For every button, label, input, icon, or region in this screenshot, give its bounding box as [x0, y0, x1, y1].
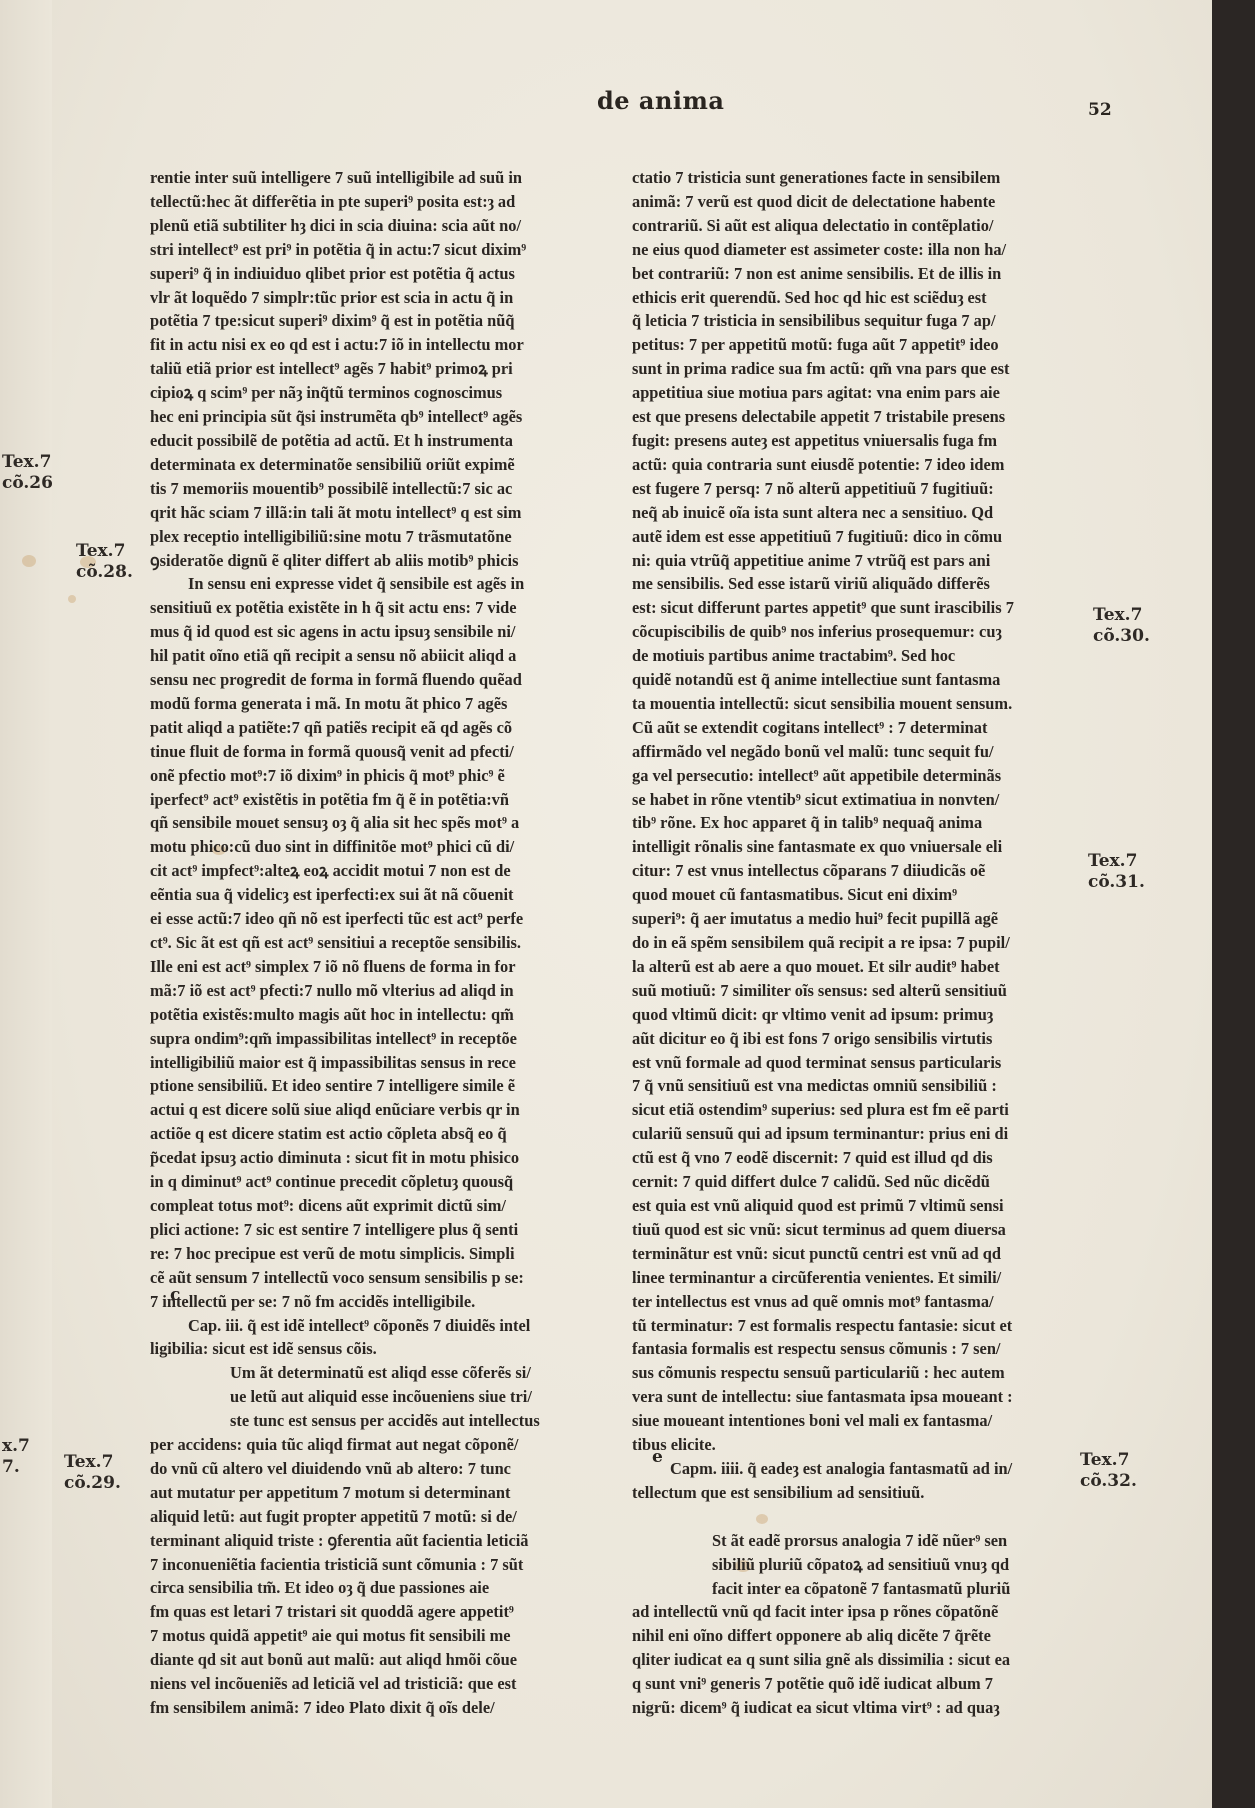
paragraph-c: Um ãt determinatũ est aliqd esse cõferẽs…: [150, 1361, 620, 1720]
text-line: tinue fluit de forma in formã quousq̃ ve…: [150, 740, 620, 764]
text-line: tũ terminatur: 7 est formalis respectu f…: [632, 1314, 1082, 1338]
text-line: in q diminut⁹ act⁹ continue precedit cõp…: [150, 1170, 620, 1194]
text-line: ta mouentia intellectũ: sicut sensibilia…: [632, 692, 1082, 716]
text-line: ctũ est q̃ vno 7 eodẽ discernit: 7 quid …: [632, 1146, 1082, 1170]
text-line: est quia est vnũ aliquid quod est primũ …: [632, 1194, 1082, 1218]
text-line: qrit hãc sciam 7 illã:in tali ãt motu in…: [150, 501, 620, 525]
text-line: ei esse actũ:7 ideo qñ nõ est iperfecti …: [150, 907, 620, 931]
text-line: facit inter ea cõpatonẽ 7 fantasmatũ plu…: [632, 1577, 1082, 1601]
text-line: intelligit rõnalis sine fantasmate ex qu…: [632, 835, 1082, 859]
previous-page-edge: Tex.7 cõ.26. x.7 7.: [0, 0, 53, 1808]
text-line: ligibilia: sicut est idẽ sensus cõis.: [150, 1337, 620, 1361]
text-line: quod mouet cũ fantasmatibus. Sicut eni d…: [632, 883, 1082, 907]
text-line: actũ: quia contraria sunt eiusdẽ potenti…: [632, 453, 1082, 477]
marginal-note-tex-30: Tex.7 cõ.30.: [1093, 605, 1150, 647]
chapter-heading-iii: Cap. iii. q̃ est idẽ intellect⁹ cõponẽs …: [150, 1314, 620, 1362]
text-line: stri intellect⁹ est pri⁹ in potẽtia q̃ i…: [150, 238, 620, 262]
text-line: qñ sensibile mouet sensuȝ oȝ q̃ alia sit…: [150, 811, 620, 835]
text-line: superi⁹ q̃ in indiuiduo qlibet prior est…: [150, 262, 620, 286]
text-line: In sensu eni expresse videt q̃ sensibile…: [150, 572, 620, 596]
text-line: per accidens: quia tũc aliqd firmat aut …: [150, 1433, 620, 1457]
text-line: tellectũ:hec ãt differẽtia in pte superi…: [150, 190, 620, 214]
text-line: 7 q̃ vnũ sensitiuũ est vna medictas omni…: [632, 1074, 1082, 1098]
text-line: autẽ idem est esse appetitiuũ 7 fugitiuũ…: [632, 525, 1082, 549]
text-line: ne eius quod diameter est assimeter cost…: [632, 238, 1082, 262]
text-line: Ille eni est act⁹ simplex 7 iõ nõ fluens…: [150, 955, 620, 979]
marginal-note-tex-32: Tex.7 cõ.32.: [1080, 1450, 1137, 1492]
text-line: ste tunc est sensus per accidẽs aut inte…: [150, 1409, 620, 1433]
text-line: est que presens delectabile appetit 7 tr…: [632, 405, 1082, 429]
text-line: taliũ etiã prior est intellect⁹ agẽs 7 h…: [150, 357, 620, 381]
text-line: iperfect⁹ act⁹ existẽtis in potẽtia fm q…: [150, 788, 620, 812]
text-line: tibus elicite.: [632, 1433, 1082, 1457]
text-line: ethicis erit querendũ. Sed hoc qd hic es…: [632, 286, 1082, 310]
foxing-stain: [22, 555, 36, 567]
right-text-column: ctatio 7 tristicia sunt generationes fac…: [632, 166, 1082, 1720]
text-line: supra ondim⁹:qm̃ impassibilitas intellec…: [150, 1027, 620, 1051]
text-line: sensitiuũ ex potẽtia existẽte in h q̃ si…: [150, 596, 620, 620]
text-line: 7 inconueniẽtia facientia tristiciã sunt…: [150, 1553, 620, 1577]
text-line: niens vel incõueniẽs ad leticiã vel ad t…: [150, 1672, 620, 1696]
text-line: Capm. iiii. q̃ eadeȝ est analogia fantas…: [632, 1457, 1082, 1481]
text-line: affirmãdo vel negãdo bonũ vel malũ: tunc…: [632, 740, 1082, 764]
paragraph-a: rentie inter suũ intelligere 7 suũ intel…: [150, 166, 620, 572]
text-line: cit act⁹ impfect⁹:alteꝝ eoꝝ accidit motu…: [150, 859, 620, 883]
text-line: vera sunt de intellectu: siue fantasmata…: [632, 1385, 1082, 1409]
text-line: hec eni principia sũt q̃si instrumẽta qb…: [150, 405, 620, 429]
text-line: tiuũ quod est sic vnũ: sicut terminus ad…: [632, 1218, 1082, 1242]
text-line: diante qd sit aut bonũ aut malũ: aut ali…: [150, 1648, 620, 1672]
text-line: fantasia formalis est respectu sensus cõ…: [632, 1337, 1082, 1361]
text-line: Cap. iii. q̃ est idẽ intellect⁹ cõponẽs …: [150, 1314, 620, 1338]
text-line: St ãt eadẽ prorsus analogia 7 idẽ nũer⁹ …: [632, 1529, 1082, 1553]
foxing-stain: [68, 595, 76, 603]
text-line: superi⁹: q̃ aer imutatus a medio hui⁹ fe…: [632, 907, 1082, 931]
text-line: onẽ pfectio mot⁹:7 iõ dixim⁹ in phicis q…: [150, 764, 620, 788]
text-line: ct⁹. Sic ãt est qñ est act⁹ sensitiui a …: [150, 931, 620, 955]
text-line: compleat totus mot⁹: dicens aũt exprimit…: [150, 1194, 620, 1218]
text-line: ter intellectus est vnus ad quẽ omnis mo…: [632, 1290, 1082, 1314]
text-line: ptione sensibiliũ. Et ideo sentire 7 int…: [150, 1074, 620, 1098]
text-line: suũ motiuũ: 7 similiter oĩs sensus: sed …: [632, 979, 1082, 1003]
text-line: cẽ aũt sensum 7 intellectũ voco sensum s…: [150, 1266, 620, 1290]
text-line: potẽtia existẽs:multo magis aũt hoc in i…: [150, 1003, 620, 1027]
text-line: est vnũ formale ad quod terminat sensus …: [632, 1051, 1082, 1075]
text-line: tellectum que est sensibilium ad sensiti…: [632, 1481, 1082, 1505]
text-line: bet contrariũ: 7 non est anime sensibili…: [632, 262, 1082, 286]
text-line: modũ forma generata i mã. In motu ãt phi…: [150, 692, 620, 716]
text-line: motu phico:cũ duo sint in diffinitõe mot…: [150, 835, 620, 859]
text-line: nigrũ: dicem⁹ q̃ iudicat ea sicut vltima…: [632, 1696, 1082, 1720]
text-line: neq̃ ab inuicẽ oĩa ista sunt altera nec …: [632, 501, 1082, 525]
text-line: plenũ etiã subtiliter hȝ dici in scia di…: [150, 214, 620, 238]
text-line: ctatio 7 tristicia sunt generationes fac…: [632, 166, 1082, 190]
text-line: la alterũ est ab aere a quo mouet. Et si…: [632, 955, 1082, 979]
chapter-heading-iiii: Capm. iiii. q̃ eadeȝ est analogia fantas…: [632, 1457, 1082, 1505]
text-line: sensu nec progredit de forma in formã fl…: [150, 668, 620, 692]
text-line: vlr ãt loquẽdo 7 simplr:tũc prior est sc…: [150, 286, 620, 310]
text-line: linee terminantur a circũferentia venien…: [632, 1266, 1082, 1290]
text-line: ꝯsideratõe dignũ ẽ qliter differt ab ali…: [150, 549, 620, 573]
text-line: q̃ leticia 7 tristicia in sensibilibus s…: [632, 309, 1082, 333]
text-line: contrariũ. Si aũt est aliqua delectatio …: [632, 214, 1082, 238]
text-line: do vnũ cũ altero vel diuidendo vnũ ab al…: [150, 1457, 620, 1481]
text-line: re: 7 hoc precipue est verũ de motu simp…: [150, 1242, 620, 1266]
text-line: animã: 7 verũ est quod dicit de delectat…: [632, 190, 1082, 214]
text-line: est fugere 7 persq: 7 nõ alterũ appetiti…: [632, 477, 1082, 501]
paragraph-a: ctatio 7 tristicia sunt generationes fac…: [632, 166, 1082, 1457]
paragraph-b: In sensu eni expresse videt q̃ sensibile…: [150, 572, 620, 1313]
text-line: petitus: 7 per appetitũ motũ: fuga aũt 7…: [632, 333, 1082, 357]
text-line: cernit: 7 quid differt dulce 7 calidũ. S…: [632, 1170, 1082, 1194]
text-line: siue moueant intentiones boni vel mali e…: [632, 1409, 1082, 1433]
text-line: fm sensibilem animã: 7 ideo Plato dixit …: [150, 1696, 620, 1720]
running-head: de anima: [597, 86, 724, 115]
marginal-note-tex-29: Tex.7 cõ.29.: [64, 1452, 121, 1494]
prev-page-marginal-note-1: Tex.7 cõ.26.: [2, 452, 59, 494]
text-line: appetitiua siue motiua pars agitat: vna …: [632, 381, 1082, 405]
text-line: sibiliũ pluriũ cõpatoꝝ ad sensitiuũ vnuȝ…: [632, 1553, 1082, 1577]
text-line: ga vel persecutio: intellect⁹ aũt appeti…: [632, 764, 1082, 788]
text-line: mã:7 iõ est act⁹ pfecti:7 nullo mõ vlter…: [150, 979, 620, 1003]
text-line: aliquid letũ: aut fugit propter appetitũ…: [150, 1505, 620, 1529]
left-text-column: rentie inter suũ intelligere 7 suũ intel…: [150, 166, 620, 1720]
folio-number: 52: [1088, 100, 1112, 120]
text-line: rentie inter suũ intelligere 7 suũ intel…: [150, 166, 620, 190]
text-line: plici actione: 7 sic est sentire 7 intel…: [150, 1218, 620, 1242]
text-line: determinata ex determinatõe sensibiliũ o…: [150, 453, 620, 477]
text-line: ue letũ aut aliquid esse incõueniens siu…: [150, 1385, 620, 1409]
text-line: do in eã spẽm sensibilem quã recipit a r…: [632, 931, 1082, 955]
text-line: aut mutatur per appetitum 7 motum si det…: [150, 1481, 620, 1505]
text-line: de motiuis partibus anime tractabim⁹. Se…: [632, 644, 1082, 668]
text-line: ad intellectũ vnũ qd facit inter ipsa p …: [632, 1600, 1082, 1624]
text-line: fugit: presens auteȝ est appetitus vniue…: [632, 429, 1082, 453]
text-line: me sensibilis. Sed esse istarũ viriũ ali…: [632, 572, 1082, 596]
text-line: citur: 7 est vnus intellectus cõparans 7…: [632, 859, 1082, 883]
text-line: Um ãt determinatũ est aliqd esse cõferẽs…: [150, 1361, 620, 1385]
text-line: fm quas est letari 7 tristari sit quoddã…: [150, 1600, 620, 1624]
text-line: potẽtia 7 tpe:sicut superi⁹ dixim⁹ q̃ es…: [150, 309, 620, 333]
paragraph-b: St ãt eadẽ prorsus analogia 7 idẽ nũer⁹ …: [632, 1529, 1082, 1720]
text-line: fit in actu nisi ex eo qd est i actu:7 i…: [150, 333, 620, 357]
marginal-note-tex-31: Tex.7 cõ.31.: [1088, 851, 1145, 893]
text-line: Cũ aũt se extendit cogitans intellect⁹ :…: [632, 716, 1082, 740]
text-line: q sunt vni⁹ generis 7 potẽtie quõ idẽ iu…: [632, 1672, 1082, 1696]
text-line: eẽntia sua q̃ videlicȝ est iperfecti:ex …: [150, 883, 620, 907]
prev-page-marginal-note-2: x.7 7.: [2, 1436, 30, 1478]
text-line: quidẽ notandũ est q̃ anime intellectiue …: [632, 668, 1082, 692]
text-line: intelligibiliũ maior est q̃ impassibilit…: [150, 1051, 620, 1075]
text-line: ni: quia vtrũq̃ appetitiue anime 7 vtrũq…: [632, 549, 1082, 573]
text-line: circa sensibilia tm̃. Et ideo oȝ q̃ due …: [150, 1576, 620, 1600]
text-line: tis 7 memoriis mouentib⁹ possibilẽ intel…: [150, 477, 620, 501]
text-line: sicut etiã ostendim⁹ superius: sed plura…: [632, 1098, 1082, 1122]
text-line: actui q est dicere solũ siue aliqd enũci…: [150, 1098, 620, 1122]
text-line: plex receptio intelligibiliũ:sine motu 7…: [150, 525, 620, 549]
text-line: qliter iudicat ea q sunt silia gnẽ als d…: [632, 1648, 1082, 1672]
text-line: hil patit oĩno etiã qñ recipit a sensu n…: [150, 644, 620, 668]
text-line: 7 intellectũ per se: 7 nõ fm accidẽs int…: [150, 1290, 620, 1314]
binding-edge: [1212, 0, 1255, 1808]
text-line: cipioꝝ q scim⁹ per nãȝ inq̃tũ terminos c…: [150, 381, 620, 405]
text-line: 7 motus quidã appetit⁹ aie qui motus fit…: [150, 1624, 620, 1648]
text-line: mus q̃ id quod est sic agens in actu ips…: [150, 620, 620, 644]
text-line: terminant aliquid triste : ꝯferentia aũt…: [150, 1529, 620, 1553]
marginal-note-tex-28: Tex.7 cõ.28.: [76, 541, 133, 583]
text-line: p̃cedat ipsuȝ actio diminuta : sicut fit…: [150, 1146, 620, 1170]
text-line: culariũ sensuũ qui ad ipsum terminantur:…: [632, 1122, 1082, 1146]
text-line: actiõe q est dicere statim est actio cõp…: [150, 1122, 620, 1146]
text-line: educit possibilẽ de potẽtia ad actũ. Et …: [150, 429, 620, 453]
text-line: se habet in rõne vtentib⁹ sicut extimati…: [632, 788, 1082, 812]
text-line: est: sicut differunt partes appetit⁹ que…: [632, 596, 1082, 620]
text-line: patit aliqd a patiẽte:7 qñ patiẽs recipi…: [150, 716, 620, 740]
text-line: aũt dicitur eo q̃ ibi est fons 7 origo s…: [632, 1027, 1082, 1051]
text-line: cõcupiscibilis de quib⁹ nos inferius pro…: [632, 620, 1082, 644]
text-line: quod vltimũ dicit: qr vltimo venit ad ip…: [632, 1003, 1082, 1027]
text-line: terminãtur est vnũ: sicut punctũ centri …: [632, 1242, 1082, 1266]
text-line: sus cõmunis respectu sensuũ particulariũ…: [632, 1361, 1082, 1385]
text-line: sunt in prima radice sua fm actũ: qm̃ vn…: [632, 357, 1082, 381]
text-line: nihil eni oĩno differt opponere ab aliq …: [632, 1624, 1082, 1648]
text-line: tib⁹ rõne. Ex hoc apparet q̃ in talib⁹ n…: [632, 811, 1082, 835]
